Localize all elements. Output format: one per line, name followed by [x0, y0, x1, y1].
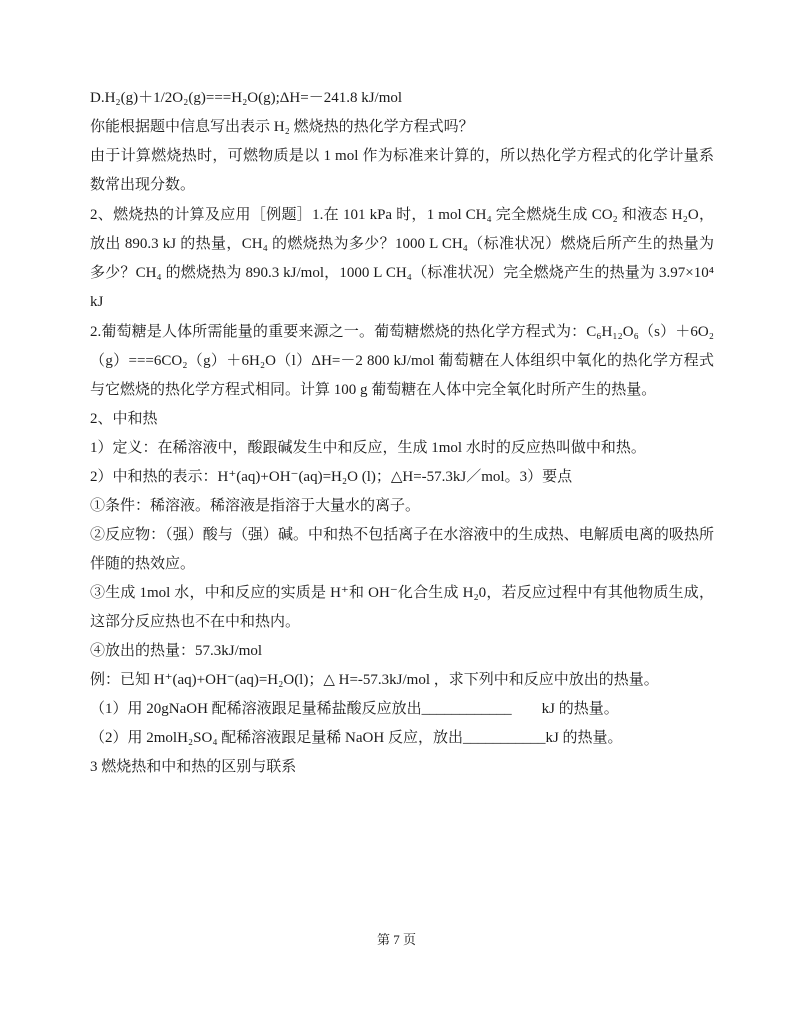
note-fractional-coefficients: 由于计算燃烧热时，可燃物质是以 1 mol 作为标准来计算的，所以热化学方程式的…	[90, 142, 714, 200]
document-body: D.H₂(g)＋1/2O₂(g)===H₂O(g);ΔH=－241.8 kJ/m…	[90, 84, 714, 782]
fill-blank-question-2: （2）用 2molH₂SO₄ 配稀溶液跟足量稀 NaOH 反应，放出______…	[90, 724, 714, 753]
point-3-water-formation: ③生成 1mol 水，中和反应的实质是 H⁺和 OH⁻化合生成 H₂0，若反应过…	[90, 579, 714, 637]
heading-neutralization-heat: 2、中和热	[90, 405, 714, 434]
page-number: 第 7 页	[0, 931, 793, 949]
equation-option-d: D.H₂(g)＋1/2O₂(g)===H₂O(g);ΔH=－241.8 kJ/m…	[90, 84, 714, 113]
point-1-condition: ①条件：稀溶液。稀溶液是指溶于大量水的离子。	[90, 492, 714, 521]
question-h2-combustion: 你能根据题中信息写出表示 H₂ 燃烧热的热化学方程式吗？	[90, 113, 714, 142]
section-combustion-heat-calculation: 2、燃烧热的计算及应用［例题］1.在 101 kPa 时，1 mol CH₄ 完…	[90, 201, 714, 317]
heading-difference-and-relation: 3 燃烧热和中和热的区别与联系	[90, 753, 714, 782]
item-definition: 1）定义：在稀溶液中，酸跟碱发生中和反应，生成 1mol 水时的反应热叫做中和热…	[90, 434, 714, 463]
example-neutralization: 例：已知 H⁺(aq)+OH⁻(aq)=H₂O(l)；△ H=-57.3kJ/m…	[90, 666, 714, 695]
document-page: D.H₂(g)＋1/2O₂(g)===H₂O(g);ΔH=－241.8 kJ/m…	[0, 0, 793, 1020]
problem-glucose-oxidation: 2.葡萄糖是人体所需能量的重要来源之一。葡萄糖燃烧的热化学方程式为：C₆H₁₂O…	[90, 318, 714, 405]
point-4-heat-released: ④放出的热量：57.3kJ/mol	[90, 637, 714, 666]
point-2-reactants: ②反应物：（强）酸与（强）碱。中和热不包括离子在水溶液中的生成热、电解质电离的吸…	[90, 521, 714, 579]
fill-blank-question-1: （1）用 20gNaOH 配稀溶液跟足量稀盐酸反应放出____________ …	[90, 695, 714, 724]
item-representation: 2）中和热的表示：H⁺(aq)+OH⁻(aq)=H₂O (l)；△H=-57.3…	[90, 463, 714, 492]
